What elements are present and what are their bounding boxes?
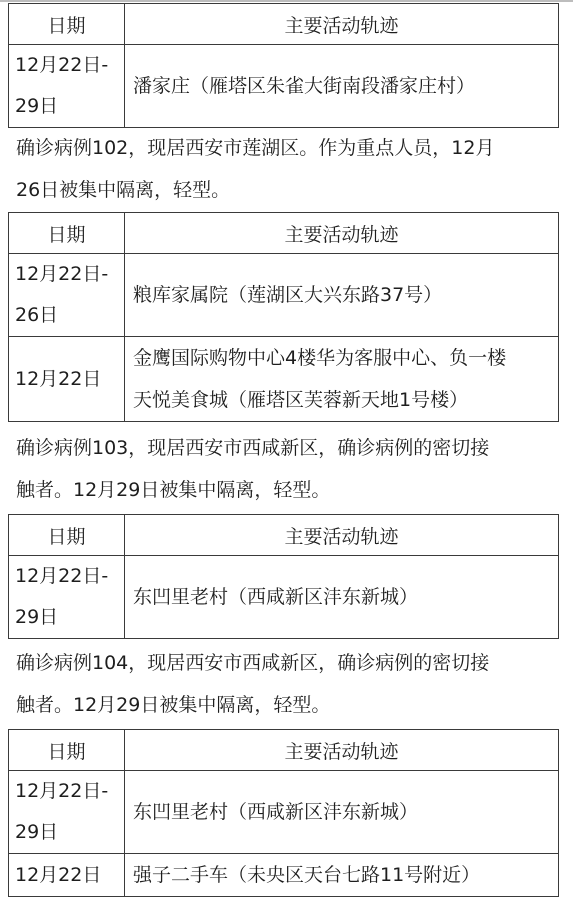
case-note-104: 确诊病例104，现居西安市西咸新区，确诊病例的密切接 触者。12月29日被集中隔… bbox=[16, 642, 561, 726]
activity-line: 粮库家属院（莲湖区大兴东路37号） bbox=[133, 274, 558, 316]
itinerary-table-2: 日期 主要活动轨迹 12月22日- 26日 粮库家属院（莲湖区大兴东路37号） … bbox=[8, 212, 559, 422]
activity-line: 天悦美食城（雁塔区芙蓉新天地1号楼） bbox=[133, 379, 558, 421]
itinerary-table-1: 日期 主要活动轨迹 12月22日- 29日 潘家庄（雁塔区朱雀大街南段潘家庄村） bbox=[8, 3, 559, 128]
date-line: 12月22日 bbox=[15, 855, 124, 896]
note-line: 确诊病例103，现居西安市西咸新区，确诊病例的密切接 bbox=[16, 427, 561, 469]
table-row: 12月22日 强子二手车（未央区天台七路11号附近） bbox=[9, 854, 559, 897]
itinerary-table-4: 日期 主要活动轨迹 12月22日- 29日 东凹里老村（西咸新区沣东新城） 12… bbox=[8, 729, 559, 897]
date-cell: 12月22日 bbox=[9, 854, 125, 897]
case-note-102: 确诊病例102，现居西安市莲湖区。作为重点人员，12月 26日被集中隔离，轻型。 bbox=[16, 127, 561, 211]
itinerary-table-3: 日期 主要活动轨迹 12月22日- 29日 东凹里老村（西咸新区沣东新城） bbox=[8, 514, 559, 639]
note-line: 确诊病例102，现居西安市莲湖区。作为重点人员，12月 bbox=[16, 127, 561, 169]
activity-line: 东凹里老村（西咸新区沣东新城） bbox=[133, 791, 558, 833]
header-date: 日期 bbox=[9, 730, 125, 771]
activity-cell: 金鹰国际购物中心4楼华为客服中心、负一楼 天悦美食城（雁塔区芙蓉新天地1号楼） bbox=[125, 337, 559, 422]
table-row: 12月22日- 29日 东凹里老村（西咸新区沣东新城） bbox=[9, 556, 559, 639]
activity-cell: 东凹里老村（西咸新区沣东新城） bbox=[125, 556, 559, 639]
activity-line: 潘家庄（雁塔区朱雀大街南段潘家庄村） bbox=[133, 65, 558, 107]
date-cell: 12月22日 bbox=[9, 337, 125, 422]
activity-line: 金鹰国际购物中心4楼华为客服中心、负一楼 bbox=[133, 337, 558, 379]
activity-cell: 强子二手车（未央区天台七路11号附近） bbox=[125, 854, 559, 897]
note-line: 触者。12月29日被集中隔离，轻型。 bbox=[16, 684, 561, 726]
activity-line: 强子二手车（未央区天台七路11号附近） bbox=[133, 854, 558, 896]
header-activity: 主要活动轨迹 bbox=[125, 730, 559, 771]
header-activity: 主要活动轨迹 bbox=[125, 213, 559, 254]
header-activity: 主要活动轨迹 bbox=[125, 4, 559, 45]
date-line: 29日 bbox=[15, 812, 124, 853]
date-line: 12月22日- bbox=[15, 556, 124, 597]
date-line: 12月22日- bbox=[15, 45, 124, 86]
table-header-row: 日期 主要活动轨迹 bbox=[9, 213, 559, 254]
table-header-row: 日期 主要活动轨迹 bbox=[9, 4, 559, 45]
activity-cell: 粮库家属院（莲湖区大兴东路37号） bbox=[125, 254, 559, 337]
table-row: 12月22日- 29日 东凹里老村（西咸新区沣东新城） bbox=[9, 771, 559, 854]
note-line: 26日被集中隔离，轻型。 bbox=[16, 169, 561, 211]
date-cell: 12月22日- 26日 bbox=[9, 254, 125, 337]
table-header-row: 日期 主要活动轨迹 bbox=[9, 730, 559, 771]
activity-cell: 潘家庄（雁塔区朱雀大街南段潘家庄村） bbox=[125, 45, 559, 128]
activity-cell: 东凹里老村（西咸新区沣东新城） bbox=[125, 771, 559, 854]
note-line: 确诊病例104，现居西安市西咸新区，确诊病例的密切接 bbox=[16, 642, 561, 684]
header-date: 日期 bbox=[9, 4, 125, 45]
top-edge-divider bbox=[0, 0, 573, 2]
table-row: 12月22日- 29日 潘家庄（雁塔区朱雀大街南段潘家庄村） bbox=[9, 45, 559, 128]
table-row: 12月22日- 26日 粮库家属院（莲湖区大兴东路37号） bbox=[9, 254, 559, 337]
header-date: 日期 bbox=[9, 213, 125, 254]
date-line: 29日 bbox=[15, 86, 124, 127]
date-line: 29日 bbox=[15, 597, 124, 638]
table-row: 12月22日 金鹰国际购物中心4楼华为客服中心、负一楼 天悦美食城（雁塔区芙蓉新… bbox=[9, 337, 559, 422]
activity-line: 东凹里老村（西咸新区沣东新城） bbox=[133, 576, 558, 618]
date-cell: 12月22日- 29日 bbox=[9, 556, 125, 639]
table-header-row: 日期 主要活动轨迹 bbox=[9, 515, 559, 556]
date-cell: 12月22日- 29日 bbox=[9, 771, 125, 854]
header-activity: 主要活动轨迹 bbox=[125, 515, 559, 556]
date-line: 26日 bbox=[15, 295, 124, 336]
header-date: 日期 bbox=[9, 515, 125, 556]
date-cell: 12月22日- 29日 bbox=[9, 45, 125, 128]
note-line: 触者。12月29日被集中隔离，轻型。 bbox=[16, 469, 561, 511]
date-line: 12月22日 bbox=[15, 359, 124, 400]
date-line: 12月22日- bbox=[15, 254, 124, 295]
case-note-103: 确诊病例103，现居西安市西咸新区，确诊病例的密切接 触者。12月29日被集中隔… bbox=[16, 427, 561, 511]
date-line: 12月22日- bbox=[15, 771, 124, 812]
